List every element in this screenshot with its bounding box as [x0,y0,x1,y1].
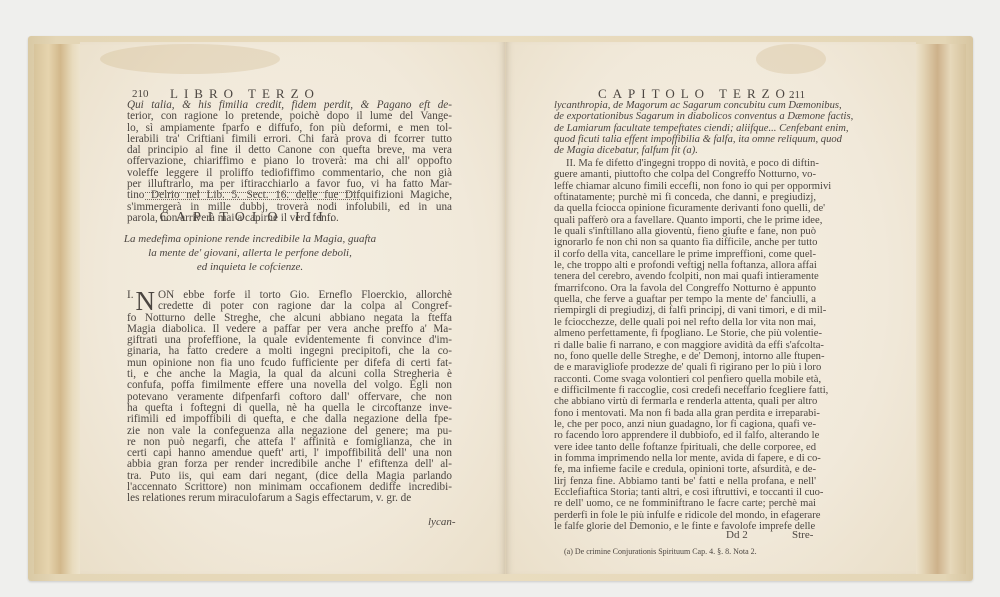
text-line: le, che troppo alti e profondi veftigj n… [554,260,816,271]
text-line: de Lamiarum facultate tempeftates ciendi… [554,123,816,134]
left-page: 210 LIBRO TERZO Qui talia, & his fimilia… [80,42,506,574]
text-line: le quali s'inftillano alla gioventù, fie… [554,226,816,237]
chapter-title: CAPITOLO III. [95,210,405,226]
text-line: re dell' uomo, ce ne fomminiftrano le fa… [554,498,816,509]
text-line: ro facendo loro apprendere il dubbiofo, … [554,430,816,441]
footnote: (a) De crimine Conjurationis Spirituum C… [564,547,757,556]
water-stain [756,44,826,74]
text-line: terior, con ragione lo pretende, poichè … [127,111,452,122]
text-line: leffe chiamar alcuno fimili eccefli, non… [554,181,816,192]
text-line: tenera del cerebro, avendo fcolpiti, non… [554,271,816,282]
open-book: 210 LIBRO TERZO Qui talia, & his fimilia… [28,36,973,581]
ornamental-rule [145,192,360,200]
text-line: credette di poter con ragione dar la col… [127,301,452,312]
text-line: quella, che ferve a guaftar per tempo la… [554,294,816,305]
text-line: de e maravigliofe prodezze de' quali fi … [554,362,816,373]
left-continuation-text: Qui talia, & his fimilia credit, fidem p… [127,100,452,224]
left-body-lines: ON ebbe forfe il torto Gio. Erneflo Floe… [127,290,452,505]
text-line: guere amanti, piuttofto che colpa del Co… [554,169,816,180]
text-line: le, che per poco, anzi niun guadagno, lo… [554,419,816,430]
text-line: il corfo della vita, cancellare le prime… [554,249,816,260]
right-latin-text: lycanthropia, de Magorum ac Sagarum conc… [554,100,816,156]
text-line: Ecclefiaftica Storia; tanti altri, e cos… [554,487,816,498]
summary-line: ed inquieta le cofcienze. [105,260,395,274]
text-line: perderfi in fole le più infulfe e ridico… [554,510,816,521]
text-line: quod ficuti talia effent impoffibilia & … [554,134,816,145]
text-line: fe, ma infieme facile e credula, opinion… [554,464,816,475]
text-line: confufa, poffa fimilmente effere una nov… [127,380,452,391]
text-line: riempirgli di pregiudizj, di falfi princ… [554,305,816,316]
text-line: de exportationibus Sagarum in diabolicos… [554,111,816,122]
text-line: oftinatamente; purchè mi fi conceda, che… [554,192,816,203]
text-line: in fomma imprimendo nella lor mente, avi… [554,453,816,464]
text-line: e difficilmente fi raccoglie, così crede… [554,385,816,396]
right-body-text: II. Ma fe difetto d'ingegni troppo di no… [554,158,816,532]
drop-cap: N [136,290,156,312]
paragraph-number: I. [127,290,134,301]
text-line: che abbiano virtù di fermarla e renderla… [554,396,816,407]
text-line: les relationes rerum miraculofarum a Sag… [127,493,452,504]
text-line: quali pafferò ora a favellare. Quanto im… [554,215,816,226]
summary-line: la mente de' giovani, allerta le perfone… [105,246,395,260]
text-line: ri dalle balie fi narrano, e con maggior… [554,340,816,351]
left-body-text: I. N ON ebbe forfe il torto Gio. Erneflo… [127,290,452,505]
text-line: fono i mentovati. Ma non fi bada alla gr… [554,408,816,419]
text-line: no, fono quelle delle Streghe, e de' Dem… [554,351,816,362]
summary-line: La medefima opinione rende incredibile l… [105,232,395,246]
right-page-edges [914,44,966,574]
text-line: le fciocchezze, delle quali poi nel reft… [554,317,816,328]
text-line: de Magia dicebatur, falfum fit (a). [554,145,816,156]
right-page: CAPITOLO TERZO. 211 lycanthropia, de Mag… [506,42,916,574]
text-line: II. Ma fe difetto d'ingegni troppo di no… [554,158,816,169]
left-catchword: lycan- [428,516,455,528]
text-line: le falfe glorie del Demonio, e le finte … [554,521,816,532]
text-line: lirj fenza fine. Abbiamo tanti be' fatti… [554,476,816,487]
text-line: da quella fciocca opinione ficuramente d… [554,203,816,214]
text-line: lycanthropia, de Magorum ac Sagarum conc… [554,100,816,111]
text-line: almeno perfettamente, fi fpogliano. Le S… [554,328,816,339]
text-line: vere idee tanto delle foftanze fpiritual… [554,442,816,453]
text-line: rifimili ed impoffibili di quefta, e che… [127,414,452,425]
text-line: ignorarlo fe non chi non sa quanto fia d… [554,237,816,248]
left-page-edges [34,44,82,574]
signature-mark: Dd 2 [726,529,748,541]
water-stain [100,44,280,74]
right-catchword: Stre- [792,529,813,541]
text-line: racconti. Come svaga volontieri col penf… [554,374,816,385]
text-line: fmarrifcono. Ora la favola del Congreffo… [554,283,816,294]
chapter-summary: La medefima opinione rende incredibile l… [105,232,395,274]
